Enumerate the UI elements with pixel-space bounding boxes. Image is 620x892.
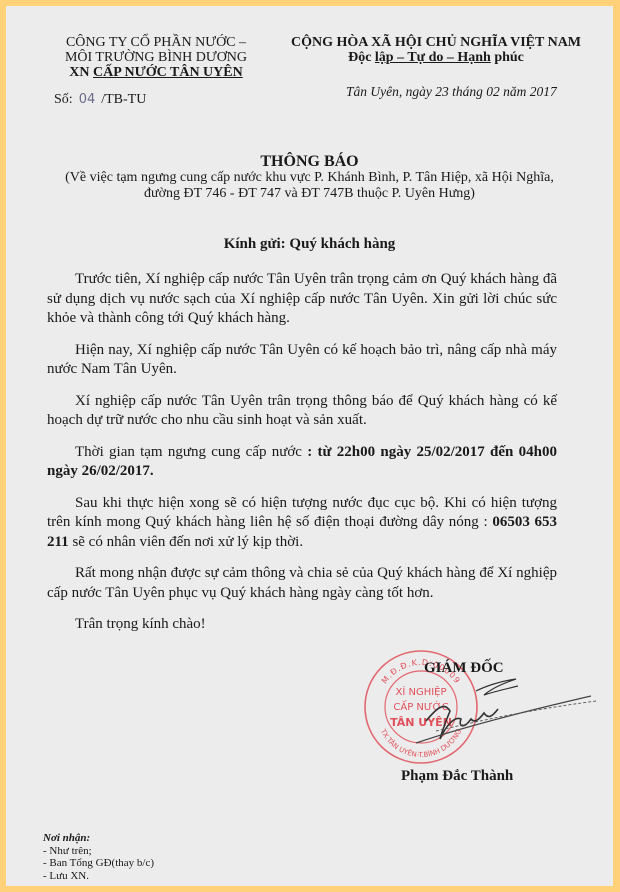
paragraph-thanks: Trước tiên, Xí nghiệp cấp nước Tân Uyên … [47, 270, 557, 329]
notice-subtitle: (Về việc tạm ngưng cung cấp nước khu vực… [26, 170, 593, 202]
paragraph-regards: Trân trọng kính chào! [47, 615, 557, 635]
paragraph-reserve: Xí nghiệp cấp nước Tân Uyên trân trọng t… [47, 392, 557, 431]
recipient-item: - Như trên; [43, 845, 154, 858]
recipient-item: - Ban Tổng GĐ(thay b/c) [43, 857, 154, 870]
outage-time-label: Thời gian tạm ngưng cung cấp nước [75, 444, 307, 460]
recipients-list: Nơi nhận: - Như trên; - Ban Tổng GĐ(thay… [43, 832, 154, 882]
doc-number-suffix: /TB-TU [101, 92, 146, 107]
recipients-label: Nơi nhận: [43, 832, 154, 845]
recipient-item: - Lưu XN. [43, 870, 154, 883]
hotline-suffix: sẽ có nhân viên đến nơi xử lý kịp thời. [69, 534, 303, 550]
national-header: CỘNG HÒA XÃ HỘI CHỦ NGHĨA VIỆT NAM Độc l… [291, 35, 581, 65]
branch-name: XN CẤP NƯỚC TÂN UYÊN [46, 65, 266, 80]
hotline-text: Sau khi thực hiện xong sẽ có hiện tượng … [47, 495, 557, 531]
date-line: Tân Uyên, ngày 23 tháng 02 năm 2017 [346, 84, 557, 100]
notice-title: THÔNG BÁO [6, 153, 613, 171]
handwritten-signature-icon [406, 661, 606, 756]
subtitle-line2: đường ĐT 746 - ĐT 747 và ĐT 747B thuộc P… [26, 186, 593, 202]
subtitle-line1: (Về việc tạm ngưng cung cấp nước khu vực… [26, 170, 593, 186]
branch-prefix: XN [69, 65, 93, 80]
company-header: CÔNG TY CỔ PHẦN NƯỚC – MÔI TRƯỜNG BÌNH D… [46, 35, 266, 80]
motto-suffix: phúc [491, 50, 524, 65]
document-number: Số:04/TB-TU [54, 92, 146, 108]
motto-underlined: lập – Tự do – Hạnh [375, 50, 491, 65]
paragraph-closing: Rất mong nhận được sự cảm thông và chia … [47, 564, 557, 603]
document-page: CÔNG TY CỔ PHẦN NƯỚC – MÔI TRƯỜNG BÌNH D… [6, 6, 613, 886]
national-title: CỘNG HÒA XÃ HỘI CHỦ NGHĨA VIỆT NAM [291, 35, 581, 50]
doc-number-label: Số: [54, 92, 73, 107]
motto-prefix: Độc [348, 50, 375, 65]
company-name-line2: MÔI TRƯỜNG BÌNH DƯƠNG [46, 50, 266, 65]
paragraph-maintenance: Hiện nay, Xí nghiệp cấp nước Tân Uyên có… [47, 341, 557, 380]
notice-body: Trước tiên, Xí nghiệp cấp nước Tân Uyên … [47, 270, 557, 647]
national-motto: Độc lập – Tự do – Hạnh phúc [291, 50, 581, 65]
greeting: Kính gửi: Quý khách hàng [6, 236, 613, 253]
paragraph-outage-time: Thời gian tạm ngưng cung cấp nước : từ 2… [47, 443, 557, 482]
company-name-line1: CÔNG TY CỔ PHẦN NƯỚC – [46, 35, 266, 50]
paragraph-hotline: Sau khi thực hiện xong sẽ có hiện tượng … [47, 494, 557, 553]
signer-name: Phạm Đắc Thành [401, 768, 513, 785]
branch-name-underlined: CẤP NƯỚC TÂN UYÊN [93, 65, 243, 80]
doc-number-value: 04 [79, 92, 96, 107]
